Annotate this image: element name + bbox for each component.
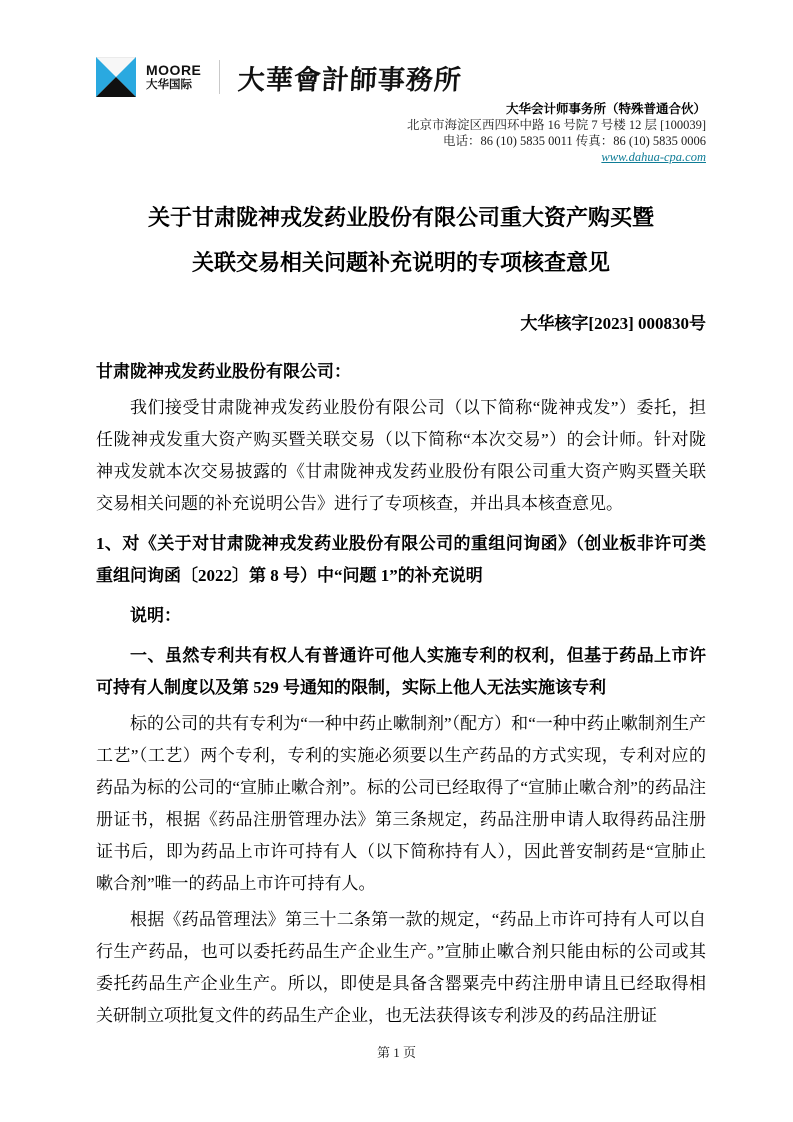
document-page: MOORE 大华国际 大華會計師事務所 大华会计师事务所（特殊普通合伙） 北京市… <box>0 0 793 1122</box>
page-number: 第 1 页 <box>0 1042 793 1061</box>
document-number: 大华核字[2023] 000830号 <box>96 309 706 334</box>
brand-name-en: MOORE <box>146 63 201 78</box>
firm-website-link[interactable]: www.dahua-cpa.com <box>601 149 706 165</box>
firm-calligraphy-name: 大華會計師事務所 <box>237 58 463 97</box>
firm-address: 北京市海淀区西四环中路 16 号院 7 号楼 12 层 [100039] <box>96 117 706 133</box>
paragraph-patent: 标的公司的共有专利为“一种中药止嗽制剂”（配方）和“一种中药止嗽制剂生产工艺”（… <box>96 708 706 900</box>
brand-text: MOORE 大华国际 <box>146 63 201 92</box>
paragraph-engagement: 我们接受甘肃陇神戎发药业股份有限公司（以下简称“陇神戎发”）委托，担任陇神戎发重… <box>96 392 706 520</box>
subsection-heading-1: 一、虽然专利共有权人有普通许可他人实施专利的权利，但基于药品上市许可持有人制度以… <box>96 640 706 704</box>
firm-phone-fax: 电话：86 (10) 5835 0011 传真：86 (10) 5835 000… <box>96 133 706 149</box>
brand-name-cn: 大华国际 <box>146 79 201 91</box>
brand-divider <box>219 60 220 94</box>
section-heading-1: 1、对《关于对甘肃陇神戎发药业股份有限公司的重组问询函》（创业板非许可类重组问询… <box>96 528 706 592</box>
explanation-label: 说明： <box>96 600 706 632</box>
moore-logo-icon <box>96 57 136 97</box>
document-title-line1: 关于甘肃陇神戎发药业股份有限公司重大资产购买暨 <box>96 195 706 240</box>
paragraph-drug-law: 根据《药品管理法》第三十二条第一款的规定，“药品上市许可持有人可以自行生产药品，… <box>96 904 706 1032</box>
salutation: 甘肃陇神戎发药业股份有限公司： <box>96 356 706 388</box>
contact-block: 大华会计师事务所（特殊普通合伙） 北京市海淀区西四环中路 16 号院 7 号楼 … <box>96 101 706 165</box>
document-title-line2: 关联交易相关问题补充说明的专项核查意见 <box>96 240 706 285</box>
firm-legal-name: 大华会计师事务所（特殊普通合伙） <box>96 101 706 117</box>
letterhead: MOORE 大华国际 大華會計師事務所 <box>96 0 706 97</box>
document-title: 关于甘肃陇神戎发药业股份有限公司重大资产购买暨 关联交易相关问题补充说明的专项核… <box>96 195 706 285</box>
